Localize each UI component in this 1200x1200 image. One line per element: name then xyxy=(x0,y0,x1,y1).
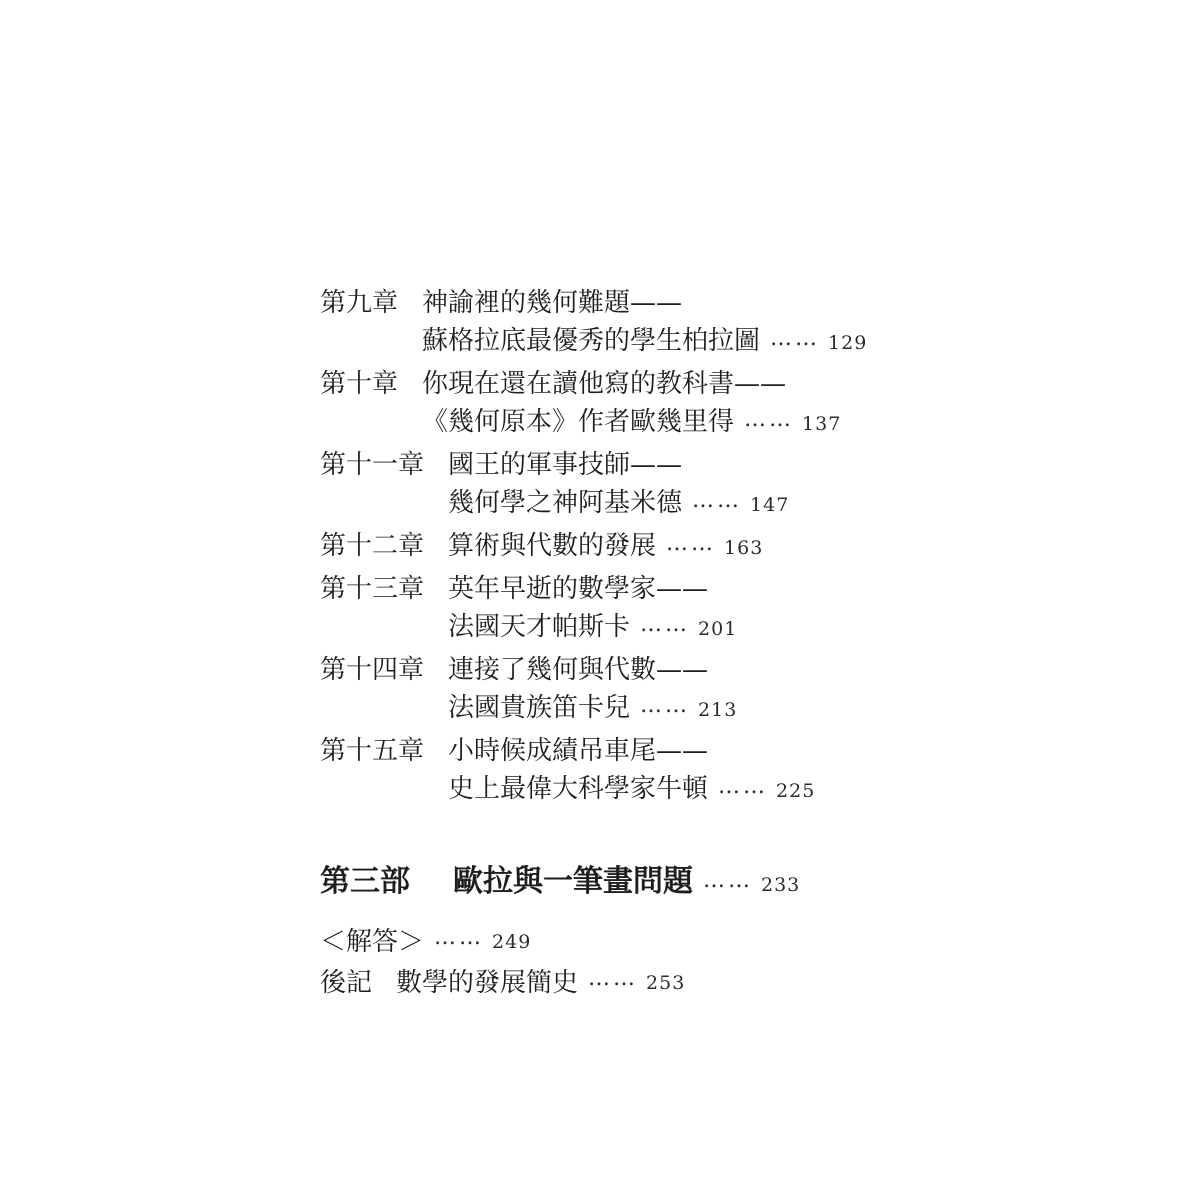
page-number: 201 xyxy=(698,618,737,640)
chapter-title-line: 法國貴族笛卡兒……213 xyxy=(448,689,960,729)
table-of-contents: 第九章 神諭裡的幾何難題——蘇格拉底最優秀的學生柏拉圖……129 第十章 你現在… xyxy=(320,284,960,1005)
chapter-title-line: 法國天才帕斯卡……201 xyxy=(448,608,960,648)
dot-leader: …… xyxy=(640,687,690,725)
chapter-number: 第十五章 xyxy=(320,732,424,810)
page-number: 213 xyxy=(698,699,737,721)
part-number: 第三部 xyxy=(320,864,410,899)
book-toc-page: 第九章 神諭裡的幾何難題——蘇格拉底最優秀的學生柏拉圖……129 第十章 你現在… xyxy=(0,0,1200,1200)
dot-leader: …… xyxy=(703,859,753,903)
chapter-title-block: 神諭裡的幾何難題——蘇格拉底最優秀的學生柏拉圖……129 xyxy=(422,284,960,362)
dot-leader: …… xyxy=(434,919,484,957)
chapter-title-line: 《幾何原本》作者歐幾里得……137 xyxy=(422,403,960,443)
chapter-title-line: 幾何學之神阿基米德……147 xyxy=(448,484,960,524)
chapter-title-line: 你現在還在讀他寫的教科書—— xyxy=(422,365,960,403)
page-number: 129 xyxy=(828,332,867,354)
toc-entry: 第十五章 小時候成績吊車尾——史上最偉大科學家牛頓……225 xyxy=(320,732,960,810)
chapter-list: 第九章 神諭裡的幾何難題——蘇格拉底最優秀的學生柏拉圖……129 第十章 你現在… xyxy=(320,284,960,810)
chapter-title-line: 連接了幾何與代數—— xyxy=(448,651,960,689)
chapter-title-line: 小時候成績吊車尾—— xyxy=(448,732,960,770)
chapter-title-block: 連接了幾何與代數——法國貴族笛卡兒……213 xyxy=(448,651,960,729)
toc-entry: 第十章 你現在還在讀他寫的教科書——《幾何原本》作者歐幾里得……137 xyxy=(320,365,960,443)
toc-entry: 第十四章 連接了幾何與代數——法國貴族笛卡兒……213 xyxy=(320,651,960,729)
toc-extra-entry: 後記 數學的發展簡史 …… 253 xyxy=(320,964,960,1002)
page-number: 137 xyxy=(802,413,841,435)
chapter-number: 第九章 xyxy=(320,284,398,362)
chapter-title-block: 小時候成績吊車尾——史上最偉大科學家牛頓……225 xyxy=(448,732,960,810)
chapter-title-line: 英年早逝的數學家—— xyxy=(448,570,960,608)
extra-title: 數學的發展簡史 xyxy=(396,964,578,1002)
chapter-title-block: 國王的軍事技師——幾何學之神阿基米德……147 xyxy=(448,446,960,524)
dot-leader: …… xyxy=(770,320,820,358)
toc-entry: 第九章 神諭裡的幾何難題——蘇格拉底最優秀的學生柏拉圖……129 xyxy=(320,284,960,362)
chapter-title-block: 英年早逝的數學家——法國天才帕斯卡……201 xyxy=(448,570,960,648)
dot-leader: …… xyxy=(588,960,638,998)
dot-leader: …… xyxy=(744,401,794,439)
chapter-number: 第十三章 xyxy=(320,570,424,648)
page-number: 233 xyxy=(761,874,800,896)
dot-leader: …… xyxy=(718,768,768,806)
extra-label: 後記 xyxy=(320,964,372,1002)
toc-part-entry: 第三部歐拉與一筆畫問題……233 xyxy=(320,860,960,907)
chapter-title-line: 神諭裡的幾何難題—— xyxy=(422,284,960,322)
chapter-number: 第十二章 xyxy=(320,527,424,567)
dot-leader: …… xyxy=(666,525,716,563)
toc-entry: 第十三章 英年早逝的數學家——法國天才帕斯卡……201 xyxy=(320,570,960,648)
page-number: 249 xyxy=(492,923,531,961)
extra-list: ＜解答＞ …… 249 後記 數學的發展簡史 …… 253 xyxy=(320,923,960,1002)
toc-extra-entry: ＜解答＞ …… 249 xyxy=(320,923,960,961)
dot-leader: …… xyxy=(692,482,742,520)
chapter-number: 第十一章 xyxy=(320,446,424,524)
page-number: 147 xyxy=(750,494,789,516)
chapter-number: 第十章 xyxy=(320,365,398,443)
page-number: 253 xyxy=(646,964,685,1002)
part-title: 歐拉與一筆畫問題 xyxy=(453,864,693,899)
extra-label: ＜解答＞ xyxy=(320,923,424,961)
dot-leader: …… xyxy=(640,606,690,644)
chapter-title-line: 國王的軍事技師—— xyxy=(448,446,960,484)
page-number: 225 xyxy=(776,780,815,802)
chapter-title-line: 蘇格拉底最優秀的學生柏拉圖……129 xyxy=(422,322,960,362)
toc-entry: 第十二章 算術與代數的發展……163 xyxy=(320,527,960,567)
toc-entry: 第十一章 國王的軍事技師——幾何學之神阿基米德……147 xyxy=(320,446,960,524)
chapter-title-block: 你現在還在讀他寫的教科書——《幾何原本》作者歐幾里得……137 xyxy=(422,365,960,443)
page-number: 163 xyxy=(724,537,763,559)
chapter-title-line: 算術與代數的發展……163 xyxy=(448,527,960,567)
chapter-number: 第十四章 xyxy=(320,651,424,729)
chapter-title-line: 史上最偉大科學家牛頓……225 xyxy=(448,770,960,810)
chapter-title-block: 算術與代數的發展……163 xyxy=(448,527,960,567)
